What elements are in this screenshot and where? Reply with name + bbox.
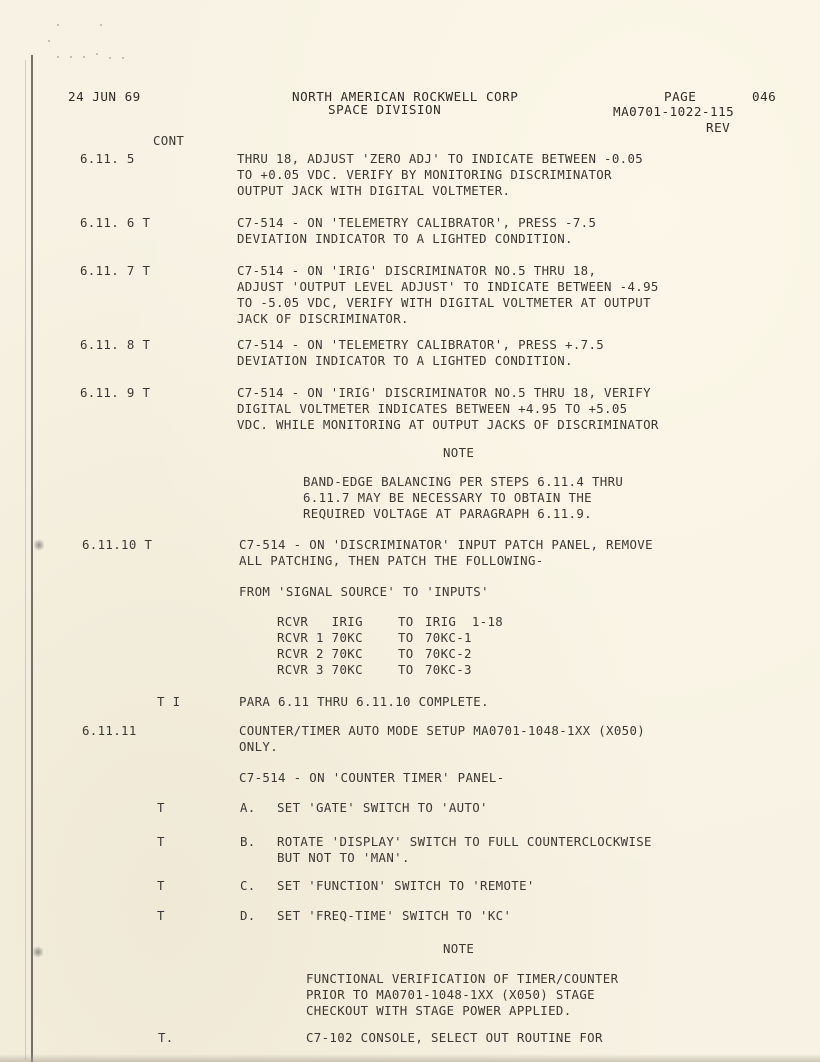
complete-marker: T I xyxy=(157,694,180,710)
step-text-line: ALL PATCHING, THEN PATCH THE FOLLOWING- xyxy=(239,553,544,569)
patch-destination: 70KC-1 xyxy=(425,630,472,646)
step-text-line: TO -5.05 VDC, VERIFY WITH DIGITAL VOLTME… xyxy=(237,295,651,311)
step-text-line: COUNTER/TIMER AUTO MODE SETUP MA0701-104… xyxy=(239,723,645,739)
note-text-line: 6.11.7 MAY BE NECESSARY TO OBTAIN THE xyxy=(303,490,592,506)
complete-text: PARA 6.11 THRU 6.11.10 COMPLETE. xyxy=(239,694,489,710)
step-id: 6.11. 9 T xyxy=(80,385,150,401)
note-text-line: CHECKOUT WITH STAGE POWER APPLIED. xyxy=(306,1003,572,1019)
header-page-label: PAGE xyxy=(664,89,696,105)
step-text-line: JACK OF DISCRIMINATOR. xyxy=(237,311,409,327)
substep-marker: T xyxy=(157,908,165,924)
patch-source: RCVR 3 70KC xyxy=(277,662,363,678)
substep-text-line: BUT NOT TO 'MAN'. xyxy=(277,850,410,866)
patch-destination: IRIG 1-18 xyxy=(425,614,503,630)
step-text-line: C7-514 - ON 'TELEMETRY CALIBRATOR', PRES… xyxy=(237,337,604,353)
step-text-line: OUTPUT JACK WITH DIGITAL VOLTMETER. xyxy=(237,183,510,199)
substep-text-line: ROTATE 'DISPLAY' SWITCH TO FULL COUNTERC… xyxy=(277,834,652,850)
step-text-line: TO +0.05 VDC. VERIFY BY MONITORING DISCR… xyxy=(237,167,612,183)
substep-text-line: SET 'GATE' SWITCH TO 'AUTO' xyxy=(277,800,488,816)
substep-text-line: SET 'FREQ-TIME' SWITCH TO 'KC' xyxy=(277,908,511,924)
patch-destination: 70KC-3 xyxy=(425,662,472,678)
substep-letter: D. xyxy=(240,908,256,924)
ink-blot xyxy=(33,945,43,959)
step-id: 6.11.10 T xyxy=(82,537,152,553)
patch-from-line: FROM 'SIGNAL SOURCE' TO 'INPUTS' xyxy=(239,584,489,600)
punch-dots xyxy=(40,22,130,62)
patch-source: RCVR 2 70KC xyxy=(277,646,363,662)
step-text-line: THRU 18, ADJUST 'ZERO ADJ' TO INDICATE B… xyxy=(237,151,643,167)
header-rev-label: REV xyxy=(706,120,730,136)
patch-to: TO xyxy=(398,662,414,678)
step-id: 6.11. 8 T xyxy=(80,337,150,353)
patch-source: RCVR IRIG xyxy=(277,614,363,630)
note-text-line: PRIOR TO MA0701-1048-1XX (X050) STAGE xyxy=(306,987,595,1003)
note-text-line: BAND-EDGE BALANCING PER STEPS 6.11.4 THR… xyxy=(303,474,623,490)
document-page: 24 JUN 69 NORTH AMERICAN ROCKWELL CORP S… xyxy=(0,0,820,1062)
step-text-line: ONLY. xyxy=(239,739,278,755)
counter-timer-panel-line: C7-514 - ON 'COUNTER TIMER' PANEL- xyxy=(239,770,505,786)
header-page-number: 046 xyxy=(752,89,776,105)
step-id: 6.11. 6 T xyxy=(80,215,150,231)
binding-margin-faint xyxy=(25,60,26,1060)
patch-destination: 70KC-2 xyxy=(425,646,472,662)
header-date: 24 JUN 69 xyxy=(68,89,141,105)
note-1-title: NOTE xyxy=(443,445,474,461)
patch-to: TO xyxy=(398,630,414,646)
step-id: 6.11.11 xyxy=(82,723,137,739)
step-text-line: DIGITAL VOLTMETER INDICATES BETWEEN +4.9… xyxy=(237,401,628,417)
step-text-line: C7-514 - ON 'IRIG' DISCRIMINATOR NO.5 TH… xyxy=(237,263,596,279)
substep-marker: T xyxy=(157,878,165,894)
substep-text-line: SET 'FUNCTION' SWITCH TO 'REMOTE' xyxy=(277,878,535,894)
substep-letter: C. xyxy=(240,878,256,894)
note-text-line: FUNCTIONAL VERIFICATION OF TIMER/COUNTER xyxy=(306,971,618,987)
step-id: 6.11. 5 xyxy=(80,151,135,167)
binding-margin-line xyxy=(31,55,33,1062)
step-text-line: VDC. WHILE MONITORING AT OUTPUT JACKS OF… xyxy=(237,417,659,433)
cont-label: CONT xyxy=(153,133,184,149)
note-text-line: REQUIRED VOLTAGE AT PARAGRAPH 6.11.9. xyxy=(303,506,592,522)
substep-marker: T xyxy=(157,800,165,816)
substep-letter: A. xyxy=(240,800,256,816)
final-text: C7-102 CONSOLE, SELECT OUT ROUTINE FOR xyxy=(306,1030,603,1046)
ink-blot xyxy=(34,538,44,552)
step-text-line: DEVIATION INDICATOR TO A LIGHTED CONDITI… xyxy=(237,353,573,369)
substep-letter: B. xyxy=(240,834,256,850)
page-bottom-edge xyxy=(0,1054,820,1062)
step-text-line: C7-514 - ON 'TELEMETRY CALIBRATOR', PRES… xyxy=(237,215,596,231)
substep-marker: T xyxy=(157,834,165,850)
header-doc-number: MA0701-1022-115 xyxy=(613,104,734,120)
step-text-line: ADJUST 'OUTPUT LEVEL ADJUST' TO INDICATE… xyxy=(237,279,659,295)
step-text-line: C7-514 - ON 'IRIG' DISCRIMINATOR NO.5 TH… xyxy=(237,385,651,401)
patch-to: TO xyxy=(398,646,414,662)
header-division: SPACE DIVISION xyxy=(328,102,441,118)
step-id: 6.11. 7 T xyxy=(80,263,150,279)
note-2-title: NOTE xyxy=(443,941,474,957)
final-marker: T. xyxy=(158,1030,174,1046)
patch-to: TO xyxy=(398,614,414,630)
step-text-line: C7-514 - ON 'DISCRIMINATOR' INPUT PATCH … xyxy=(239,537,653,553)
patch-source: RCVR 1 70KC xyxy=(277,630,363,646)
step-text-line: DEVIATION INDICATOR TO A LIGHTED CONDITI… xyxy=(237,231,573,247)
